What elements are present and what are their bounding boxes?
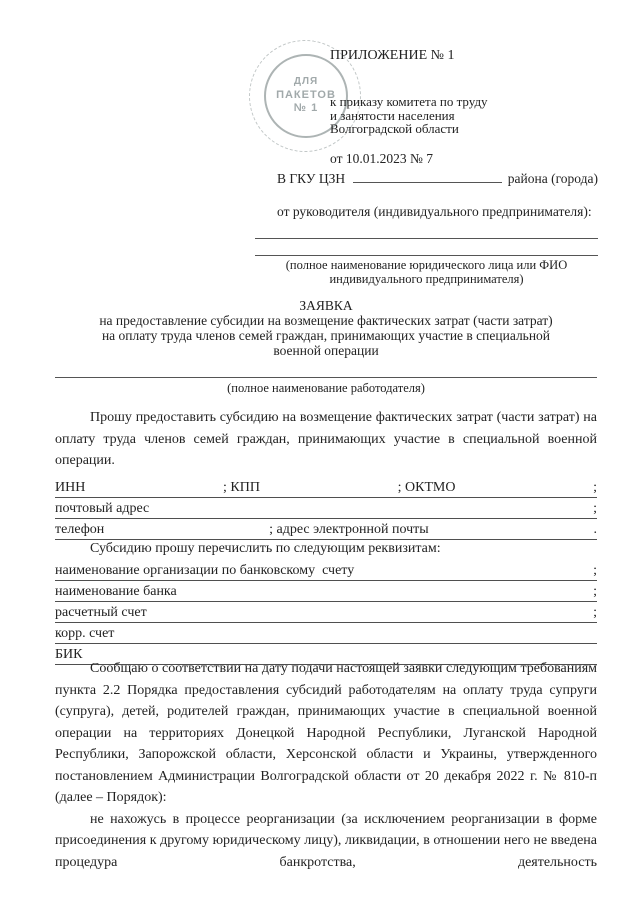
form-row-org-bank-account-name: наименование организации по банковскому … [55, 560, 597, 581]
document-title-line2: на предоставление субсидии на возмещение… [55, 313, 597, 328]
org-account-label: наименование организации по банковскому … [55, 562, 354, 580]
requisites-form: ИНН ; КПП ; ОКТМО ; почтовый адрес ; тел… [55, 477, 597, 665]
phone-label: телефон [55, 521, 104, 539]
stamp-text-line2: ПАКЕТОВ [276, 89, 336, 103]
addressee-block: В ГКУ ЦЗН района (города) от руководител… [255, 170, 598, 286]
appendix-header: ПРИЛОЖЕНИЕ № 1 к приказу комитета по тру… [330, 48, 598, 167]
form-row-settlement-account: расчетный счет ; [55, 602, 597, 623]
row-semicolon: ; [593, 604, 597, 622]
settlement-account-label: расчетный счет [55, 604, 147, 622]
row-period: . [594, 521, 598, 539]
employer-fullname-caption: (полное наименование работодателя) [55, 381, 597, 396]
order-date: от 10.01.2023 № 7 [330, 151, 598, 167]
row-semicolon: ; [593, 500, 597, 518]
form-row-inn-kpp-oktmo: ИНН ; КПП ; ОКТМО ; [55, 477, 597, 498]
row-semicolon: ; [593, 583, 597, 601]
row-semicolon: ; [593, 479, 597, 497]
employer-fullname-blank-line [55, 362, 597, 378]
document-page: ДЛЯ ПАКЕТОВ № 1 ПРИЛОЖЕНИЕ № 1 к приказу… [0, 0, 640, 905]
employer-name-caption: (полное наименование юридического лица и… [255, 258, 598, 286]
request-paragraph: Прошу предоставить субсидию на возмещени… [55, 407, 597, 472]
order-reference: к приказу комитета по труду и занятости … [330, 95, 598, 136]
employer-name-blank-line-2 [255, 239, 598, 256]
employer-name-caption-line2: индивидуального предпринимателя) [255, 272, 598, 286]
stamp-text-line1: ДЛЯ [294, 76, 318, 89]
postal-address-label: почтовый адрес [55, 500, 149, 518]
order-reference-line3: Волгоградской области [330, 122, 598, 136]
document-title-word: ЗАЯВКА [55, 298, 597, 313]
document-title-line4: военной операции [55, 343, 597, 358]
czn-name-blank-field [353, 170, 502, 183]
corr-account-label: корр. счет [55, 625, 114, 643]
kpp-label: ; КПП [223, 479, 260, 497]
employer-name-caption-line1: (полное наименование юридического лица и… [255, 258, 598, 272]
from-head-label: от руководителя (индивидуального предпри… [255, 204, 598, 222]
form-row-bank-name: наименование банка ; [55, 581, 597, 602]
order-reference-line2: и занятости населения [330, 109, 598, 123]
form-row-corr-account: корр. счет [55, 623, 597, 644]
addressee-to-row: В ГКУ ЦЗН района (города) [255, 170, 598, 188]
inn-label: ИНН [55, 479, 85, 497]
stamp-text-line3: № 1 [294, 102, 318, 116]
compliance-paragraph: Сообщаю о соответствии на дату подачи на… [55, 658, 597, 809]
email-label: ; адрес электронной почты [269, 521, 429, 539]
bank-name-label: наименование банка [55, 583, 177, 601]
to-czn-label: В ГКУ ЦЗН [277, 171, 345, 187]
order-reference-line1: к приказу комитета по труду [330, 95, 598, 109]
document-title-line3: на оплату труда членов семей граждан, пр… [55, 328, 597, 343]
row-semicolon: ; [593, 562, 597, 580]
form-row-phone-email: телефон ; адрес электронной почты . [55, 519, 597, 540]
compliance-section: Сообщаю о соответствии на дату подачи на… [55, 658, 597, 873]
form-row-postal-address: почтовый адрес ; [55, 498, 597, 519]
district-city-label: района (города) [508, 171, 598, 187]
requisites-intro-line: Субсидию прошу перечислить по следующим … [55, 540, 597, 560]
appendix-title: ПРИЛОЖЕНИЕ № 1 [330, 48, 598, 64]
employer-name-blank-line-1 [255, 222, 598, 239]
document-title: ЗАЯВКА на предоставление субсидии на воз… [55, 298, 597, 358]
oktmo-label: ; ОКТМО [398, 479, 456, 497]
no-reorganization-paragraph: не нахожусь в процессе реорганизации (за… [55, 809, 597, 874]
